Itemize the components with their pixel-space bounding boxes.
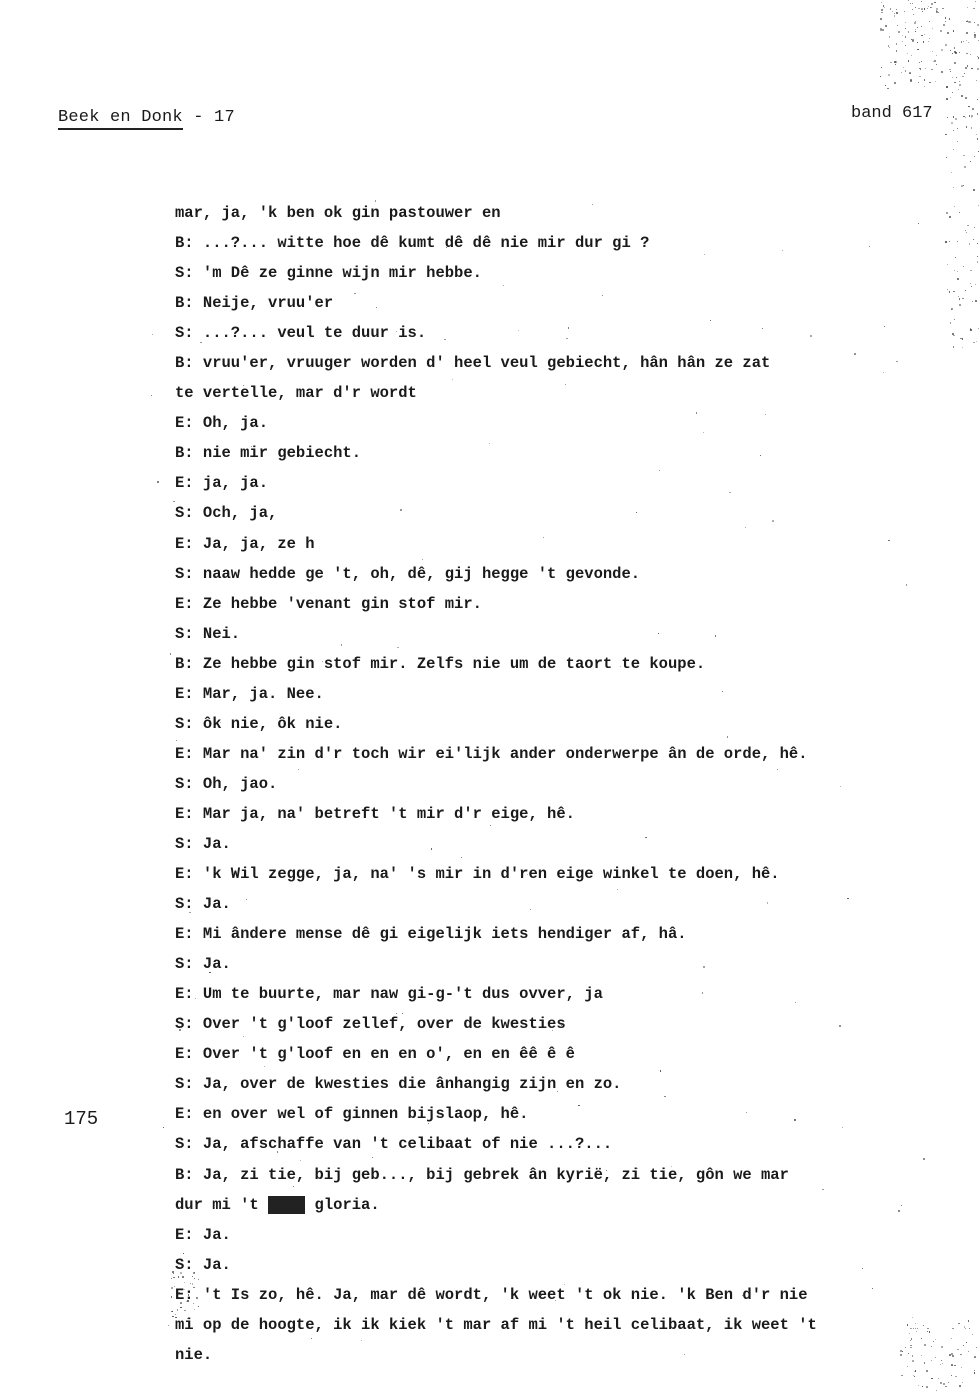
utterance-text: Ja, over de kwesties die ânhangig zijn e… (203, 1075, 622, 1093)
speaker-label: B: (175, 294, 203, 312)
utterance-text: Mi ândere mense dê gi eigelijk iets hend… (203, 925, 687, 943)
transcript-line: B: ...?... witte hoe dê kumt dê dê nie m… (175, 228, 935, 258)
speaker-label: E: (175, 985, 203, 1003)
speaker-label: S: (175, 1135, 203, 1153)
utterance-text: 't Is zo, hê. Ja, mar dê wordt, 'k weet … (203, 1286, 808, 1304)
speaker-label: S: (175, 835, 203, 853)
transcript-line: S: Och, ja, (175, 498, 935, 528)
document-page: Beek en Donk - 17 band 617 175 mar, ja, … (0, 0, 979, 1391)
transcript-line: mar, ja, 'k ben ok gin pastouwer en (175, 198, 935, 228)
transcript-line: E: 'k Wil zegge, ja, na' 's mir in d'ren… (175, 859, 935, 889)
transcript-line: nie. (175, 1340, 935, 1370)
speaker-label: S: (175, 715, 203, 733)
speaker-label: B: (175, 234, 203, 252)
utterance-text: Och, ja, (203, 504, 277, 522)
transcript-line: B: vruu'er, vruuger worden d' heel veul … (175, 348, 935, 378)
transcript-line: E: Mi ândere mense dê gi eigelijk iets h… (175, 919, 935, 949)
utterance-text: mar, ja, 'k ben ok gin pastouwer en (175, 204, 501, 222)
utterance-text: nie mir gebiecht. (203, 444, 361, 462)
transcript-line: B: nie mir gebiecht. (175, 438, 935, 468)
speaker-label: E: (175, 535, 203, 553)
transcript-line: B: Neije, vruu'er (175, 288, 935, 318)
utterance-text: en over wel of ginnen bijslaop, hê. (203, 1105, 529, 1123)
utterance-text: Oh, jao. (203, 775, 277, 793)
utterance-text: Ja. (203, 955, 231, 973)
transcript-line: S: Ja. (175, 889, 935, 919)
transcript-line: E: en over wel of ginnen bijslaop, hê. (175, 1099, 935, 1129)
transcript-line: S: naaw hedde ge 't, oh, dê, gij hegge '… (175, 559, 935, 589)
utterance-text: mi op de hoogte, ik ik kiek 't mar af mi… (175, 1316, 817, 1334)
transcript-line: E: Ja. (175, 1220, 935, 1250)
utterance-text: ...?... witte hoe dê kumt dê dê nie mir … (203, 234, 649, 252)
speaker-label: E: (175, 925, 203, 943)
utterance-text: Neije, vruu'er (203, 294, 333, 312)
transcript-line: S: Ja. (175, 1250, 935, 1280)
utterance-text: Um te buurte, mar naw gi-g-'t dus ovver,… (203, 985, 603, 1003)
header-separator: - (183, 108, 214, 127)
speaker-label: E: (175, 1226, 203, 1244)
transcript-line: E: Um te buurte, mar naw gi-g-'t dus ovv… (175, 979, 935, 1009)
speaker-label: S: (175, 324, 203, 342)
place-name: Beek en Donk (58, 108, 183, 130)
speaker-label: E: (175, 805, 203, 823)
utterance-text: Ja, zi tie, bij geb..., bij gebrek ân ky… (203, 1166, 789, 1184)
transcript-line: S: Over 't g'loof zellef, over de kwesti… (175, 1009, 935, 1039)
utterance-text: naaw hedde ge 't, oh, dê, gij hegge 't g… (203, 565, 640, 583)
utterance-text: vruu'er, vruuger worden d' heel veul geb… (203, 354, 770, 372)
utterance-text: Oh, ja. (203, 414, 268, 432)
utterance-text: Ja. (203, 895, 231, 913)
transcript-line: E: 't Is zo, hê. Ja, mar dê wordt, 'k we… (175, 1280, 935, 1310)
speaker-label: E: (175, 685, 203, 703)
transcript-line: S: 'm Dê ze ginne wijn mir hebbe. (175, 258, 935, 288)
struck-out-text: xxxx (268, 1196, 305, 1214)
speaker-label: E: (175, 745, 203, 763)
speaker-label: E: (175, 865, 203, 883)
utterance-text: 'm Dê ze ginne wijn mir hebbe. (203, 264, 482, 282)
utterance-text: Ze hebbe 'venant gin stof mir. (203, 595, 482, 613)
speaker-label: S: (175, 1075, 203, 1093)
speaker-label: S: (175, 565, 203, 583)
utterance-text: Mar ja, na' betreft 't mir d'r eige, hê. (203, 805, 575, 823)
document-header-left: Beek en Donk - 17 (58, 108, 235, 127)
speaker-label: B: (175, 354, 203, 372)
utterance-text: Ze hebbe gin stof mir. Zelfs nie um de t… (203, 655, 705, 673)
utterance-text: Ja. (203, 1226, 231, 1244)
transcript-line: E: Mar, ja. Nee. (175, 679, 935, 709)
utterance-text: Nei. (203, 625, 240, 643)
speaker-label: S: (175, 625, 203, 643)
transcript-line: E: Ja, ja, ze h (175, 529, 935, 559)
transcript-line: E: Mar ja, na' betreft 't mir d'r eige, … (175, 799, 935, 829)
transcript-line: dur mi 't xxxx gloria. (175, 1190, 935, 1220)
utterance-text: 'k Wil zegge, ja, na' 's mir in d'ren ei… (203, 865, 780, 883)
transcript-line: E: Over 't g'loof en en en o', en en êê … (175, 1039, 935, 1069)
page-number: 17 (214, 108, 235, 127)
transcript-line: S: Ja, over de kwesties die ânhangig zij… (175, 1069, 935, 1099)
utterance-text: Over 't g'loof zellef, over de kwesties (203, 1015, 566, 1033)
transcript-line: S: Ja. (175, 829, 935, 859)
utterance-text: Over 't g'loof en en en o', en en êê ê ê (203, 1045, 575, 1063)
transcript-line: S: Oh, jao. (175, 769, 935, 799)
transcript-body: mar, ja, 'k ben ok gin pastouwer enB: ..… (175, 198, 935, 1370)
utterance-text: ja, ja. (203, 474, 268, 492)
transcript-line: B: Ja, zi tie, bij geb..., bij gebrek ân… (175, 1160, 935, 1190)
speaker-label: B: (175, 655, 203, 673)
utterance-text: Ja. (203, 1256, 231, 1274)
utterance-text: Ja, ja, ze h (203, 535, 315, 553)
utterance-text: te vertelle, mar d'r wordt (175, 384, 417, 402)
utterance-text: Mar, ja. Nee. (203, 685, 324, 703)
transcript-line: te vertelle, mar d'r wordt (175, 378, 935, 408)
utterance-text: ôk nie, ôk nie. (203, 715, 343, 733)
transcript-line: mi op de hoogte, ik ik kiek 't mar af mi… (175, 1310, 935, 1340)
transcript-line: E: ja, ja. (175, 468, 935, 498)
utterance-text: Ja, afschaffe van 't celibaat of nie ...… (203, 1135, 612, 1153)
speaker-label: S: (175, 955, 203, 973)
utterance-text: Ja. (203, 835, 231, 853)
transcript-line: S: Ja. (175, 949, 935, 979)
speaker-label: S: (175, 895, 203, 913)
transcript-line: S: Nei. (175, 619, 935, 649)
utterance-text: gloria. (305, 1196, 379, 1214)
speaker-label: S: (175, 775, 203, 793)
transcript-line: E: Oh, ja. (175, 408, 935, 438)
utterance-text: nie. (175, 1346, 212, 1364)
speaker-label: E: (175, 1105, 203, 1123)
utterance-text: Mar na' zin d'r toch wir ei'lijk ander o… (203, 745, 808, 763)
transcript-line: B: Ze hebbe gin stof mir. Zelfs nie um d… (175, 649, 935, 679)
speaker-label: B: (175, 444, 203, 462)
utterance-text: dur mi 't (175, 1196, 268, 1214)
transcript-line: E: Mar na' zin d'r toch wir ei'lijk ande… (175, 739, 935, 769)
speaker-label: E: (175, 474, 203, 492)
transcript-line: E: Ze hebbe 'venant gin stof mir. (175, 589, 935, 619)
transcript-line: S: ôk nie, ôk nie. (175, 709, 935, 739)
tape-number: band 617 (851, 104, 933, 123)
speaker-label: E: (175, 595, 203, 613)
transcript-line: S: Ja, afschaffe van 't celibaat of nie … (175, 1129, 935, 1159)
speaker-label: S: (175, 264, 203, 282)
speaker-label: E: (175, 1045, 203, 1063)
speaker-label: E: (175, 414, 203, 432)
speaker-label: S: (175, 504, 203, 522)
speaker-label: B: (175, 1166, 203, 1184)
margin-line-number: 175 (64, 1108, 98, 1130)
utterance-text: ...?... veul te duur is. (203, 324, 426, 342)
speaker-label: S: (175, 1256, 203, 1274)
transcript-line: S: ...?... veul te duur is. (175, 318, 935, 348)
